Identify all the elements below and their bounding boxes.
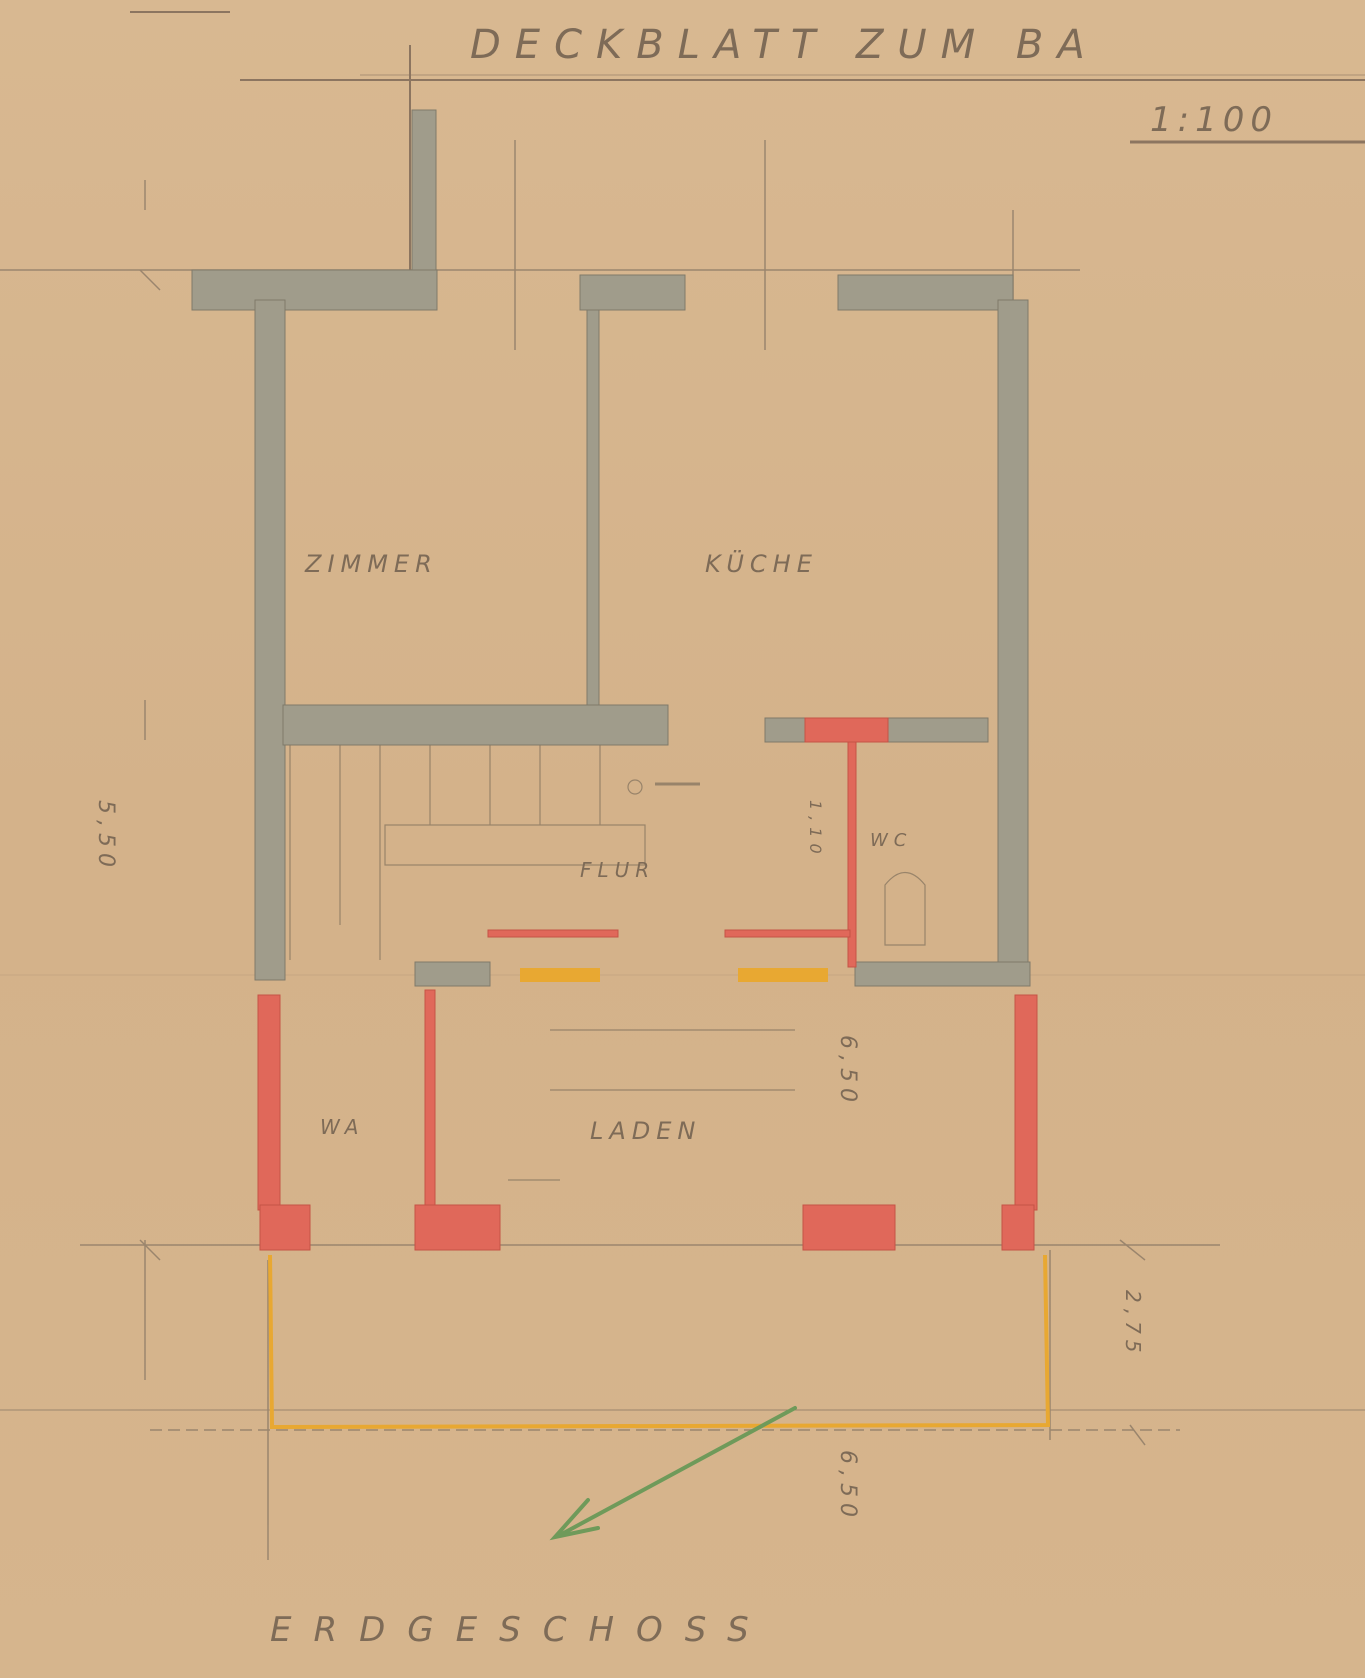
dimension-bottom-vertical: 6,50 — [835, 1450, 860, 1523]
scale-label: 1:100 — [1150, 100, 1278, 140]
floor-plan-sheet: DECKBLATT ZUM BA 1:100 ZIMMER KÜCHE FLUR… — [0, 0, 1365, 1678]
room-label-wa: WA — [320, 1115, 364, 1139]
room-label-kueche: KÜCHE — [705, 550, 818, 578]
dimension-left-vertical: 5,50 — [93, 800, 118, 873]
room-label-zimmer: ZIMMER — [305, 550, 438, 578]
existing-walls — [192, 110, 1030, 986]
room-label-flur: FLUR — [580, 858, 655, 882]
yellow-elements — [270, 968, 1048, 1427]
dimension-forecourt-depth: 2,75 — [1121, 1290, 1145, 1359]
floor-plan-drawing — [0, 0, 1365, 1678]
dimension-wc-width: 1,10 — [806, 800, 825, 860]
document-title: DECKBLATT ZUM BA — [470, 22, 1099, 68]
dimension-lines — [0, 140, 1365, 1560]
room-label-laden: LADEN — [590, 1117, 701, 1145]
staircase — [290, 745, 925, 1180]
room-label-wc: WC — [870, 830, 912, 851]
dimension-laden-depth: 6,50 — [835, 1035, 860, 1108]
floor-name-label: ERDGESCHOSS — [270, 1610, 771, 1650]
